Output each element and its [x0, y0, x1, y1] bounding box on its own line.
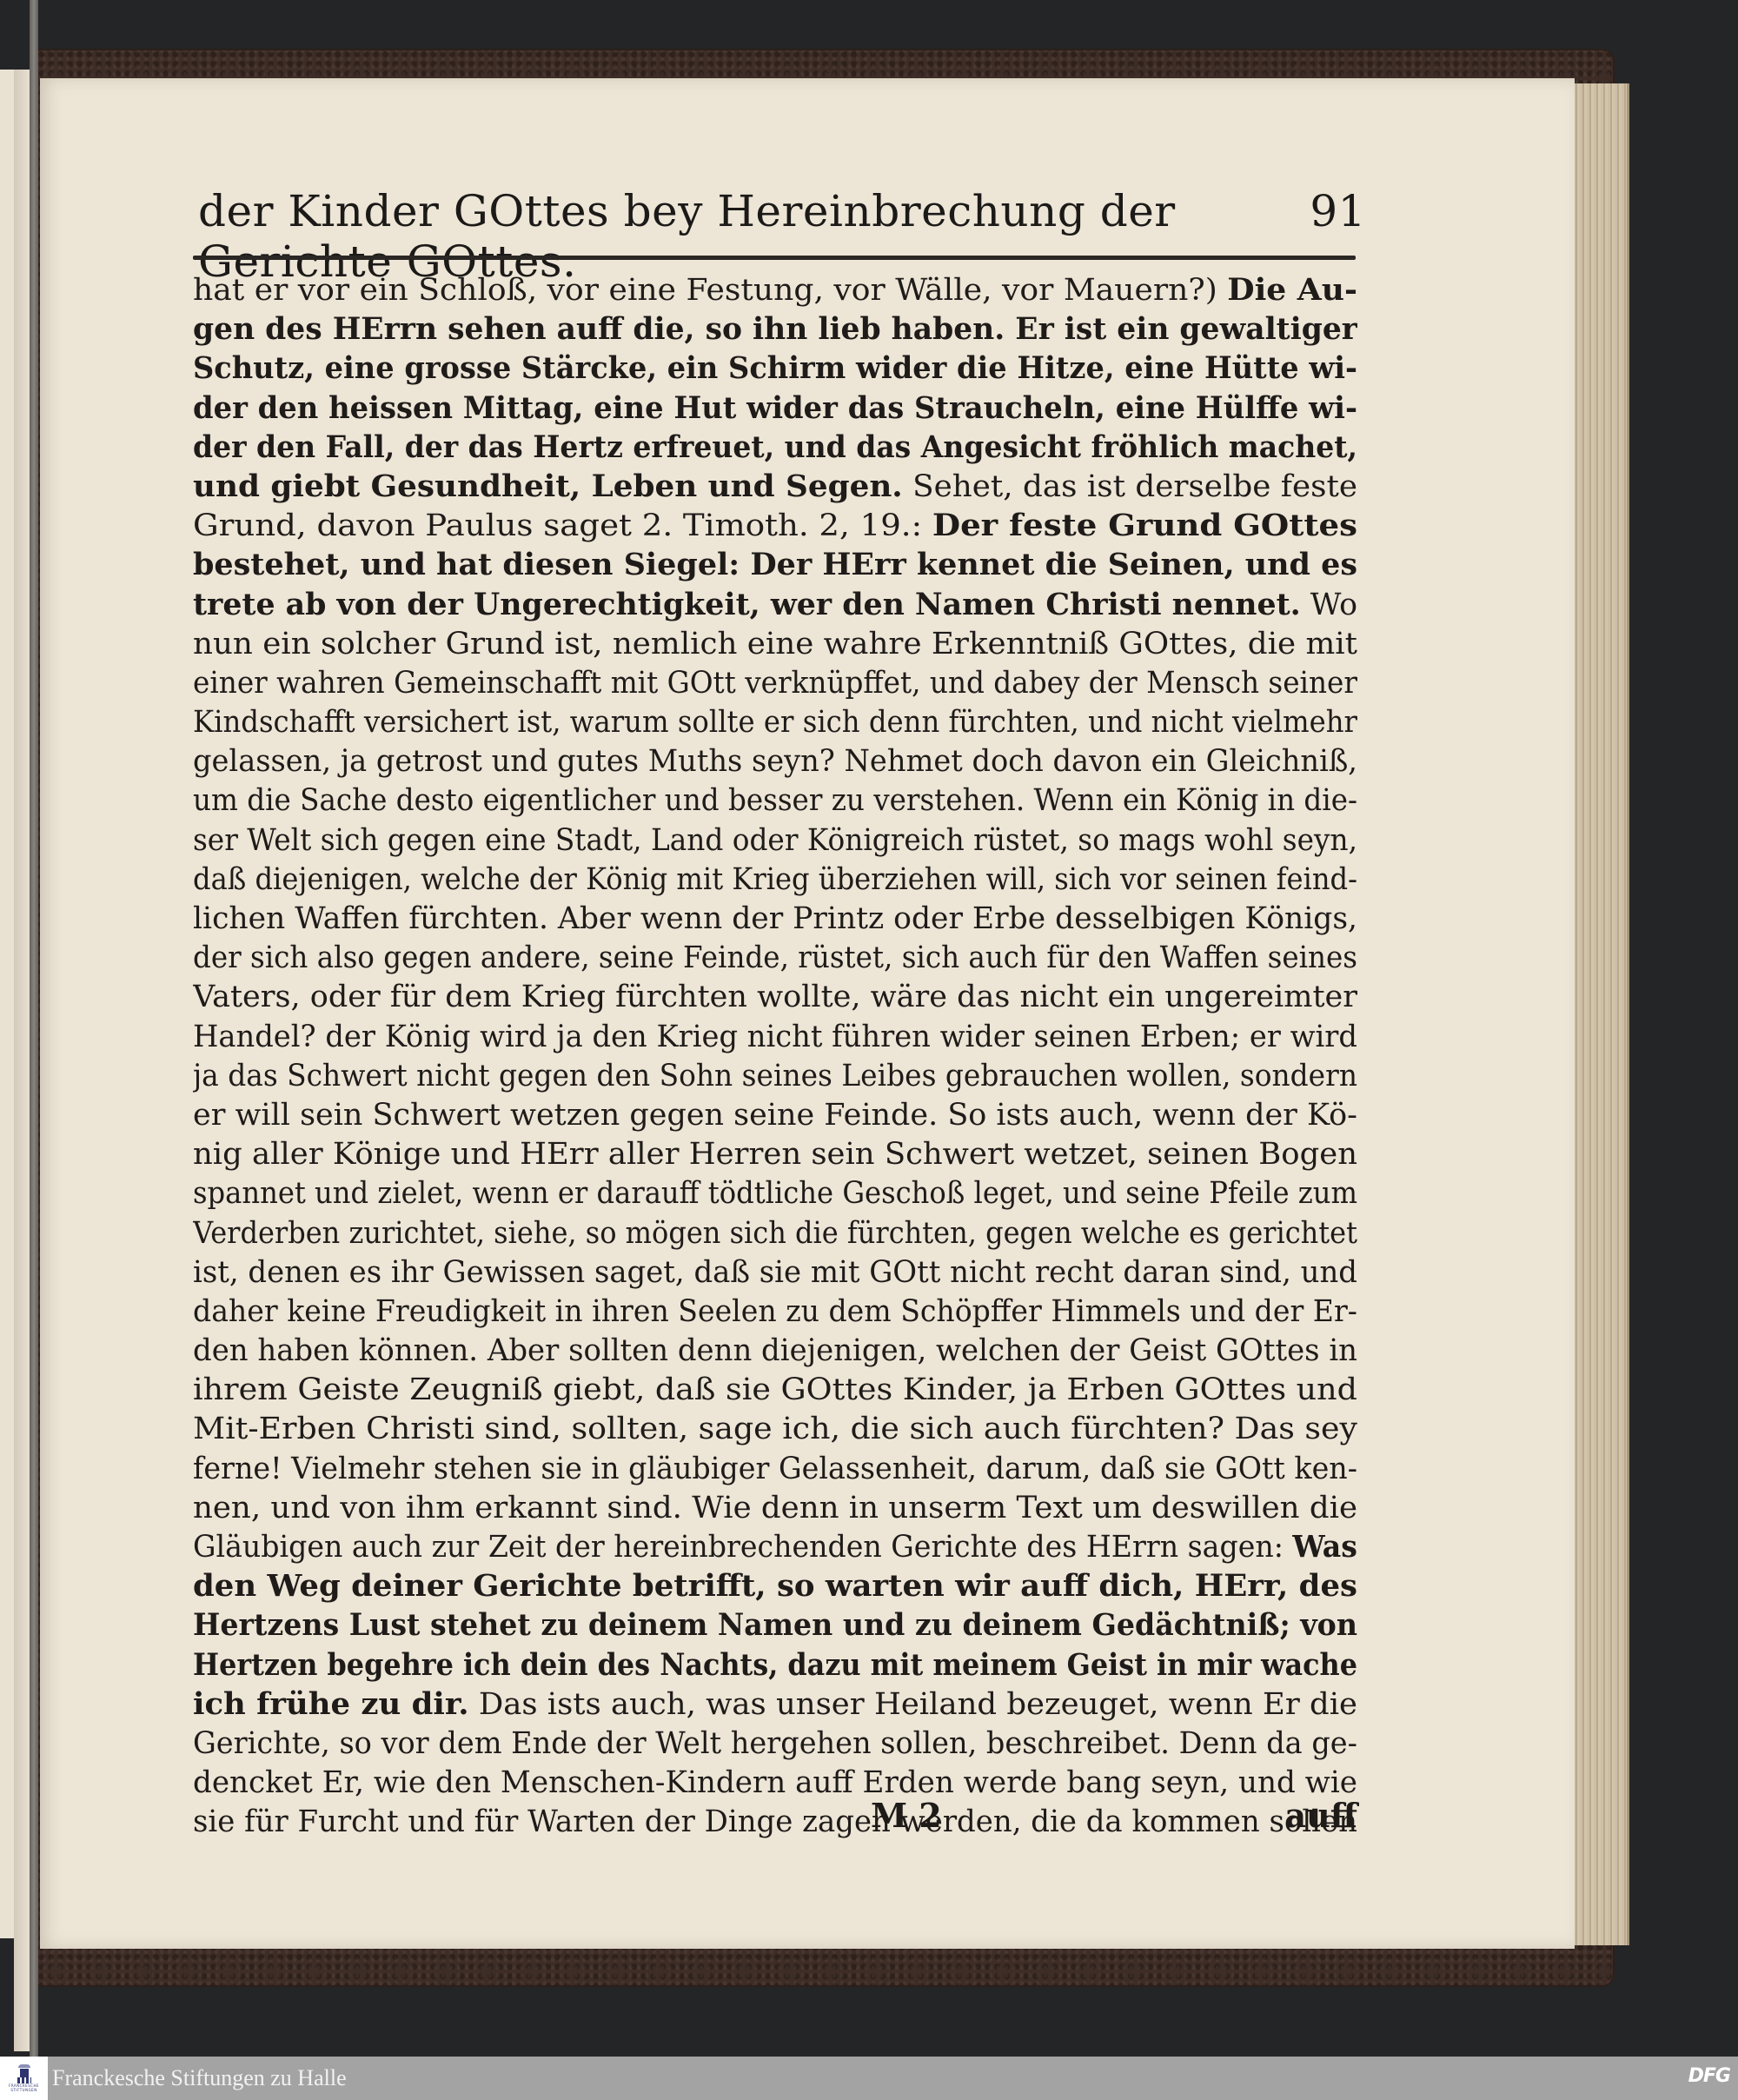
text-line: der sich also gegen andere, seine Feinde… — [193, 939, 1357, 978]
line-emphasis: Was — [1292, 1530, 1357, 1565]
line-text: den haben können. Aber sollten denn diej… — [193, 1333, 1357, 1368]
line-text: um die Sache desto eigentlicher und bess… — [193, 783, 1357, 818]
line-text: lichen Waffen fürchten. Aber wenn der Pr… — [193, 901, 1357, 936]
line-text: Gerichte, so vor dem Ende der Welt herge… — [193, 1726, 1357, 1761]
line-text: nun ein solcher Grund ist, nemlich eine … — [193, 627, 1357, 661]
signature-mark: M 2 — [871, 1796, 942, 1835]
previous-page-edge — [0, 70, 15, 1938]
page-block-edges — [1573, 83, 1629, 1945]
line-text: der sich also gegen andere, seine Feinde… — [193, 940, 1357, 975]
foundation-emblem-icon — [17, 2064, 32, 2083]
scan-divider-line — [30, 0, 38, 2057]
line-text: Gläubigen auch zur Zeit der hereinbreche… — [193, 1530, 1292, 1565]
line-text: ser Welt sich gegen eine Stadt, Land ode… — [193, 823, 1357, 858]
book-gutter — [14, 70, 30, 2051]
line-text: daß diejenigen, welche der König mit Kri… — [193, 862, 1357, 897]
text-line: Mit-Erben Christi sind, sollten, sage ic… — [193, 1410, 1357, 1449]
text-line: nig aller Könige und HErr aller Herren s… — [193, 1135, 1357, 1174]
line-text: gelassen, ja getrost und gutes Muths sey… — [193, 744, 1357, 779]
line-text: Handel? der König wird ja den Krieg nich… — [193, 1020, 1357, 1054]
text-line: Gerichte, so vor dem Ende der Welt herge… — [193, 1725, 1357, 1764]
text-line: einer wahren Gemeinschafft mit GOtt verk… — [193, 664, 1357, 703]
text-line: er will sein Schwert wetzen gegen seine … — [193, 1096, 1357, 1135]
text-line: Schutz, eine grosse Stärcke, ein Schirm … — [193, 349, 1357, 389]
line-emphasis: Hertzens Lust stehet zu deinem Namen und… — [193, 1608, 1357, 1643]
line-text: ist, denen es ihr Gewissen saget, daß si… — [193, 1255, 1357, 1290]
line-text: daher keine Freudigkeit in ihren Seelen … — [193, 1294, 1357, 1329]
franckesche-stiftungen-logo[interactable]: FRANCKESCHE STIFTUNGEN — [0, 2057, 48, 2100]
text-line: spannet und zielet, wenn er darauff tödt… — [193, 1174, 1357, 1213]
running-head: der Kinder GOttes bey Hereinbrechung der… — [198, 186, 1366, 247]
line-text: Grund, davon Paulus saget 2. Timoth. 2, … — [193, 508, 932, 543]
text-line: Hertzens Lust stehet zu deinem Namen und… — [193, 1606, 1357, 1645]
text-line: Grund, davon Paulus saget 2. Timoth. 2, … — [193, 507, 1357, 546]
text-line: ihrem Geiste Zeugniß giebt, daß sie GOtt… — [193, 1371, 1357, 1410]
viewer-footer-bar: FRANCKESCHE STIFTUNGEN Franckesche Stift… — [0, 2057, 1738, 2100]
text-line: ja das Schwert nicht gegen den Sohn sein… — [193, 1057, 1357, 1096]
line-text: Kindschafft versichert ist, warum sollte… — [193, 705, 1357, 740]
text-line: um die Sache desto eigentlicher und bess… — [193, 781, 1357, 821]
text-line: gelassen, ja getrost und gutes Muths sey… — [193, 742, 1357, 781]
line-emphasis: Schutz, eine grosse Stärcke, ein Schirm … — [193, 351, 1357, 386]
line-emphasis: den Weg deiner Gerichte betrifft, so war… — [193, 1569, 1357, 1604]
text-line: ser Welt sich gegen eine Stadt, Land ode… — [193, 821, 1357, 861]
line-emphasis: Der feste Grund GOttes — [932, 508, 1357, 543]
dfg-logo[interactable]: DFG — [1688, 2065, 1730, 2087]
line-text-after: Das ists auch, was unser Heiland bezeuge… — [469, 1687, 1357, 1722]
text-line: daß diejenigen, welche der König mit Kri… — [193, 861, 1357, 900]
text-line: Hertzen begehre ich dein des Nachts, daz… — [193, 1646, 1357, 1685]
line-emphasis: Hertzen begehre ich dein des Nachts, daz… — [193, 1648, 1357, 1683]
page-number: 91 — [1310, 186, 1366, 236]
line-emphasis: ich frühe zu dir. — [193, 1687, 469, 1722]
line-text: ferne! Vielmehr stehen sie in gläubiger … — [193, 1452, 1357, 1486]
line-text: Mit-Erben Christi sind, sollten, sage ic… — [193, 1412, 1357, 1446]
text-line: gen des HErrn sehen auff die, so ihn lie… — [193, 310, 1357, 349]
text-line: den Weg deiner Gerichte betrifft, so war… — [193, 1567, 1357, 1606]
institution-name: Franckesche Stiftungen zu Halle — [52, 2065, 347, 2091]
text-line: Kindschafft versichert ist, warum sollte… — [193, 703, 1357, 742]
line-text: ja das Schwert nicht gegen den Sohn sein… — [193, 1059, 1357, 1093]
text-line: den haben können. Aber sollten denn diej… — [193, 1332, 1357, 1371]
line-text: Verderben zurichtet, siehe, so mögen sic… — [193, 1216, 1357, 1251]
text-line: und giebt Gesundheit, Leben und Segen. S… — [193, 468, 1357, 507]
text-line: nun ein solcher Grund ist, nemlich eine … — [193, 625, 1357, 664]
text-line: der den heissen Mittag, eine Hut wider d… — [193, 389, 1357, 429]
text-line: trete ab von der Ungerechtigkeit, wer de… — [193, 586, 1357, 625]
line-emphasis: und giebt Gesundheit, Leben und Segen. — [193, 469, 903, 504]
line-emphasis: bestehet, und hat diesen Siegel: Der HEr… — [193, 548, 1357, 582]
text-line: ist, denen es ihr Gewissen saget, daß si… — [193, 1253, 1357, 1293]
line-text-after: Wo — [1301, 588, 1357, 622]
line-emphasis: der den Fall, der das Hertz erfreuet, un… — [193, 430, 1357, 465]
line-text: Vaters, oder für dem Krieg fürchten woll… — [193, 980, 1357, 1014]
line-emphasis: trete ab von der Ungerechtigkeit, wer de… — [193, 588, 1301, 622]
line-emphasis: gen des HErrn sehen auff die, so ihn lie… — [193, 312, 1357, 347]
page-footer-marks: M 2 auff — [193, 1796, 1357, 1848]
text-line: daher keine Freudigkeit in ihren Seelen … — [193, 1293, 1357, 1332]
text-line: Verderben zurichtet, siehe, so mögen sic… — [193, 1214, 1357, 1253]
line-emphasis: Die Au- — [1227, 273, 1357, 308]
line-text: nen, und von ihm erkannt sind. Wie denn … — [193, 1491, 1357, 1525]
text-line: hat er vor ein Schloß, vor eine Festung,… — [193, 271, 1357, 310]
line-text: ihrem Geiste Zeugniß giebt, daß sie GOtt… — [193, 1372, 1357, 1407]
line-text: einer wahren Gemeinschafft mit GOtt verk… — [193, 666, 1357, 701]
text-line: lichen Waffen fürchten. Aber wenn der Pr… — [193, 900, 1357, 939]
line-text: nig aller Könige und HErr aller Herren s… — [193, 1137, 1357, 1172]
text-line: Gläubigen auch zur Zeit der hereinbreche… — [193, 1528, 1357, 1567]
catchword: auff — [1285, 1796, 1357, 1835]
line-text: spannet und zielet, wenn er darauff tödt… — [193, 1176, 1357, 1211]
header-rule — [193, 256, 1356, 260]
text-line: der den Fall, der das Hertz erfreuet, un… — [193, 429, 1357, 468]
line-text: er will sein Schwert wetzen gegen seine … — [193, 1098, 1357, 1133]
line-text-after: Sehet, das ist derselbe feste — [903, 469, 1357, 504]
text-line: ferne! Vielmehr stehen sie in gläubiger … — [193, 1450, 1357, 1489]
line-text: hat er vor ein Schloß, vor eine Festung,… — [193, 273, 1227, 308]
text-line: bestehet, und hat diesen Siegel: Der HEr… — [193, 546, 1357, 585]
text-line: Handel? der König wird ja den Krieg nich… — [193, 1018, 1357, 1057]
logo-caption-2: STIFTUNGEN — [10, 2088, 36, 2092]
text-line: Vaters, oder für dem Krieg fürchten woll… — [193, 978, 1357, 1017]
line-emphasis: der den heissen Mittag, eine Hut wider d… — [193, 391, 1357, 426]
text-line: ich frühe zu dir. Das ists auch, was uns… — [193, 1685, 1357, 1725]
text-line: nen, und von ihm erkannt sind. Wie denn … — [193, 1489, 1357, 1528]
body-text: hat er vor ein Schloß, vor eine Festung,… — [193, 271, 1357, 1843]
